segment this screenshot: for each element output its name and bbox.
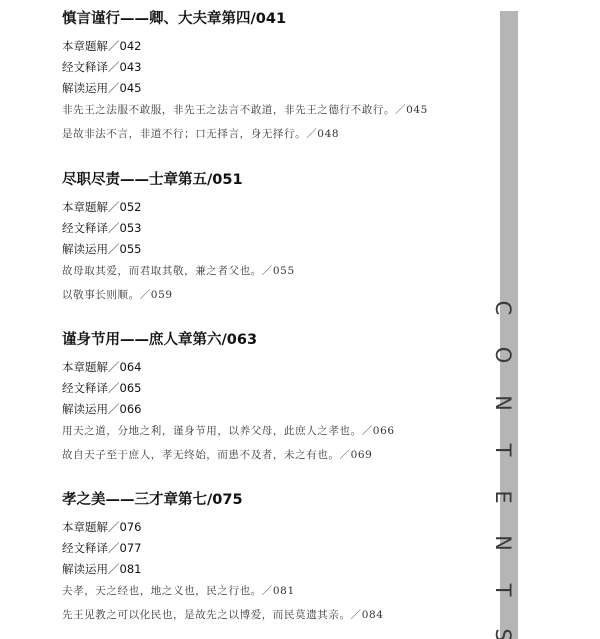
- contents-letter: E: [492, 486, 514, 508]
- toc-entry-chapter-intro[interactable]: 本章题解／052: [62, 200, 482, 221]
- toc-entry-interpretation[interactable]: 解读运用／066: [62, 402, 482, 423]
- toc-entry-chapter-intro[interactable]: 本章题解／042: [62, 39, 482, 60]
- toc-entry-quote[interactable]: 故母取其爱，而君取其敬，兼之者父也。／055: [62, 264, 482, 288]
- contents-letter: T: [492, 579, 514, 601]
- toc-entry-chapter-intro[interactable]: 本章题解／076: [62, 520, 482, 541]
- toc-section-chapter-7: 孝之美——三才章第七/075 本章题解／076 经文释译／077 解读运用／08…: [62, 491, 482, 632]
- toc-section-chapter-4: 慎言谨行——卿、大夫章第四/041 本章题解／042 经文释译／043 解读运用…: [62, 10, 482, 151]
- contents-letter: N: [492, 532, 514, 554]
- toc-entry-quote[interactable]: 以敬事长则顺。／059: [62, 288, 482, 312]
- toc-section-chapter-5: 尽职尽责——士章第五/051 本章题解／052 经文释译／053 解读运用／05…: [62, 171, 482, 312]
- toc-entry-text-translation[interactable]: 经文释译／077: [62, 541, 482, 562]
- chapter-heading[interactable]: 谨身节用——庶人章第六/063: [62, 331, 482, 349]
- toc-entry-interpretation[interactable]: 解读运用／081: [62, 562, 482, 583]
- toc-entry-text-translation[interactable]: 经文释译／043: [62, 60, 482, 81]
- toc-section-chapter-6: 谨身节用——庶人章第六/063 本章题解／064 经文释译／065 解读运用／0…: [62, 331, 482, 472]
- contents-letter: O: [492, 344, 514, 366]
- chapter-heading[interactable]: 慎言谨行——卿、大夫章第四/041: [62, 10, 482, 28]
- contents-letter: S: [492, 624, 514, 639]
- toc-entry-interpretation[interactable]: 解读运用／045: [62, 81, 482, 102]
- toc-entry-quote[interactable]: 故自天子至于庶人，孝无终始，而患不及者，未之有也。／069: [62, 448, 482, 472]
- toc-entry-text-translation[interactable]: 经文释译／053: [62, 221, 482, 242]
- contents-letter: N: [492, 392, 514, 414]
- toc-entry-quote[interactable]: 先王见教之可以化民也，是故先之以博爱，而民莫遗其亲。／084: [62, 608, 482, 632]
- contents-letter: T: [492, 439, 514, 461]
- contents-letter: C: [492, 297, 514, 319]
- toc-entry-chapter-intro[interactable]: 本章题解／064: [62, 360, 482, 381]
- toc-entry-quote[interactable]: 用天之道，分地之利，谨身节用，以养父母，此庶人之孝也。／066: [62, 424, 482, 448]
- toc-entry-interpretation[interactable]: 解读运用／055: [62, 242, 482, 263]
- chapter-heading[interactable]: 孝之美——三才章第七/075: [62, 491, 482, 509]
- toc-entry-quote[interactable]: 夫孝，天之经也，地之义也，民之行也。／081: [62, 584, 482, 608]
- toc-entry-quote[interactable]: 非先王之法服不敢服，非先王之法言不敢道，非先王之德行不敢行。／045: [62, 103, 482, 127]
- toc-entry-quote[interactable]: 是故非法不言，非道不行；口无择言，身无择行。／048: [62, 127, 482, 151]
- toc-entry-text-translation[interactable]: 经文释译／065: [62, 381, 482, 402]
- chapter-heading[interactable]: 尽职尽责——士章第五/051: [62, 171, 482, 189]
